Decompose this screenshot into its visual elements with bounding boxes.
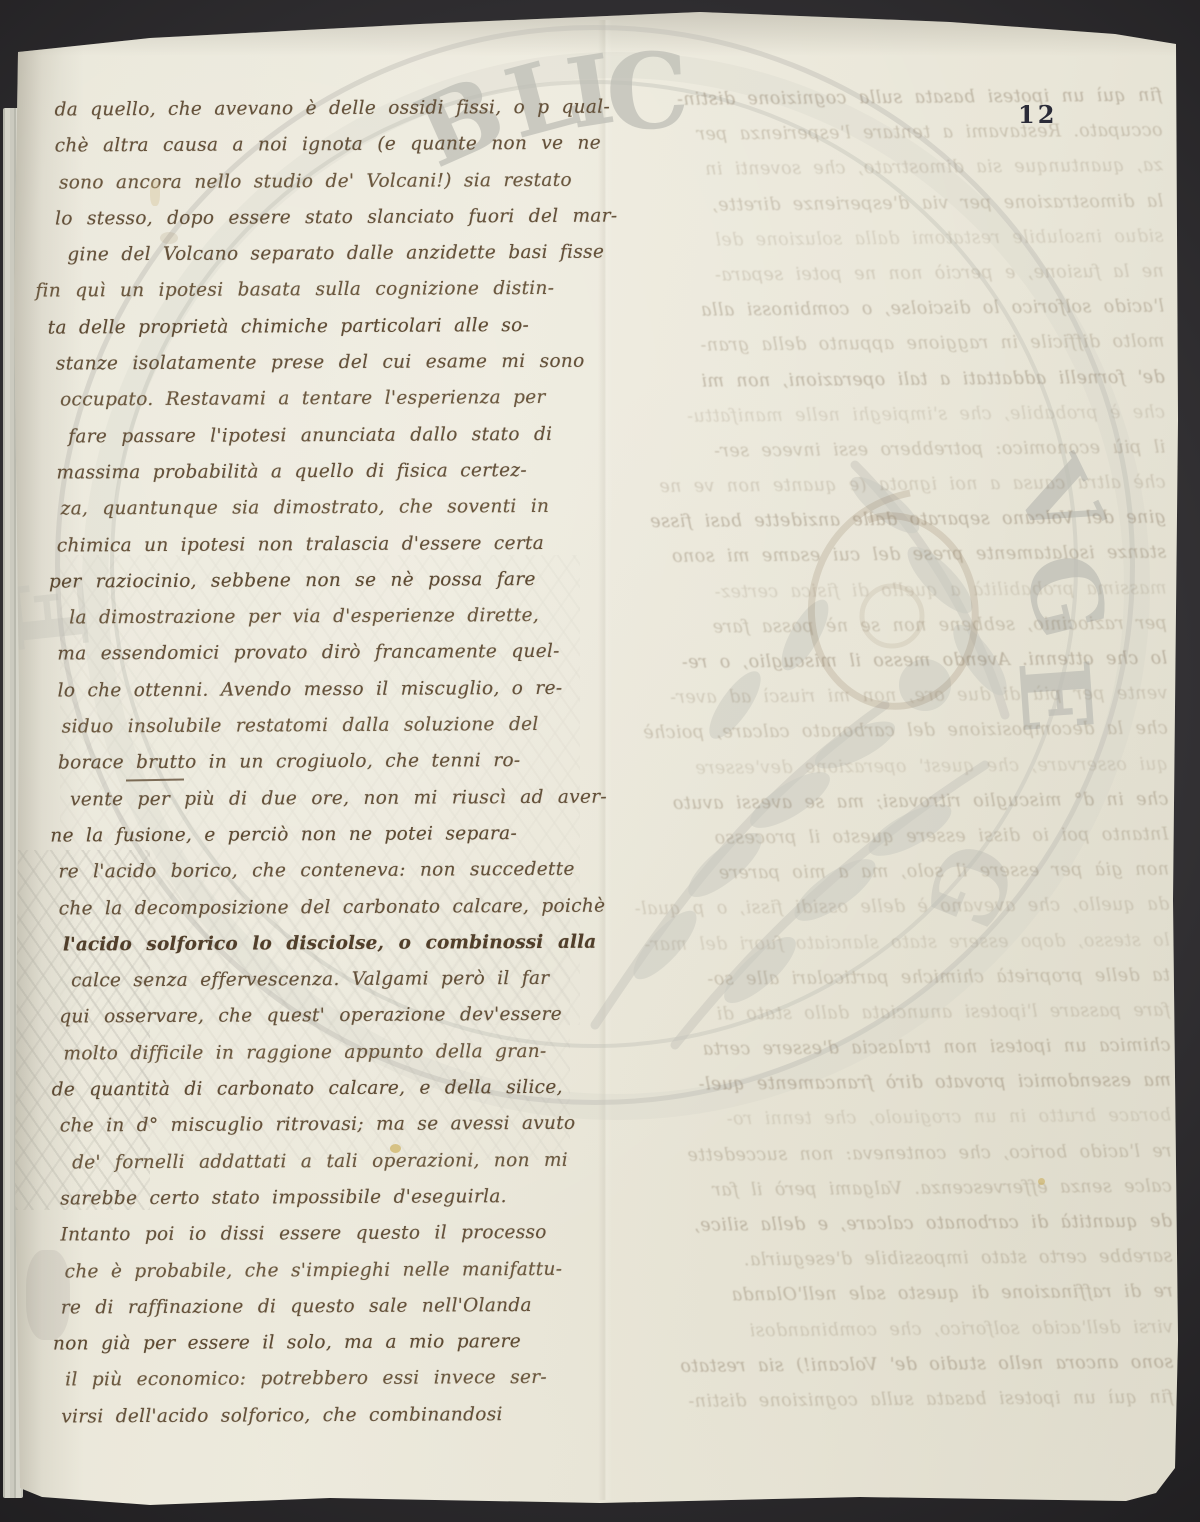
foxing-stain [1038,1178,1045,1185]
text-line: gine del Volcano separato dalle anzidett… [67,242,615,281]
bleedthrough-line: non già per essere il solo, ma a mio par… [617,860,1169,900]
smudge-mark [26,1250,70,1340]
text-line: per raziocinio, sebbene non se nè possa … [49,568,617,607]
text-line: chè altra causa a noi ignota (e quante n… [55,133,615,172]
bleedthrough-line: da quello, che avevano è delle ossidi fi… [627,895,1169,935]
bleedthrough-line: re l'acido borico, che conteneva: non su… [619,1141,1171,1181]
text-line: il più economico: potrebbero essi invece… [65,1367,621,1406]
text-line: qui osservare, che quest' operazione dev… [59,1004,619,1043]
photo-background: B L I C V G E G E [0,0,1200,1522]
bleedthrough-line: ma essendomici provato dirò francamente … [619,1071,1171,1111]
foxing-stain [160,232,178,244]
text-line: za, quantunque sia dimostrato, che soven… [61,496,617,535]
text-line: non già per essere il solo, ma a mio par… [53,1331,621,1370]
bleedthrough-line: molto difficile in raggione appunto dell… [612,332,1164,372]
bleedthrough-line: calce senza effervescenza. Valgami però … [620,1176,1172,1216]
text-line: re di raffinazione di questo sale nell'O… [61,1294,621,1333]
text-line: che è probabile, che s'impieghi nelle ma… [65,1258,621,1297]
bleedthrough-line: fin quì un ipotesi basata sulla cognizio… [622,1388,1174,1428]
text-line: virsi dell'acido solforico, che combinan… [61,1403,621,1442]
text-line: l'acido solforico lo disciolse, o combin… [63,931,619,970]
bleedthrough-line: chimica un ipotesi non tralascia d'esser… [612,1036,1170,1076]
text-line: re l'acido borico, che conteneva: non su… [58,859,618,898]
bleedthrough-line: che in d° miscuglio ritrovasi; ma se ave… [610,789,1168,829]
page-number: 12 [1018,100,1057,129]
bleedthrough-line: che è probabile, che s'impieghi nelle ma… [635,402,1165,442]
text-line: vente per più di due ore, non mi riuscì … [70,786,618,825]
foxing-stain [390,1144,401,1153]
bleedthrough-line: la dimostrazione per via d'esperienze di… [611,191,1163,231]
text-line: ma essendomici provato dirò francamente … [57,641,617,680]
text-line: chimica un ipotesi non tralascia d'esser… [57,532,617,571]
bleedthrough-line: virsi dell'acido solforico, che combinan… [631,1317,1173,1357]
text-line: che la decomposizione del carbonato calc… [59,895,619,934]
text-line: stanze isolatamente prese del cui esame … [56,351,616,390]
text-line: sarebbe certo stato impossibile d'esegui… [60,1185,620,1224]
text-line: fin quì un ipotesi basata sulla cognizio… [35,278,615,317]
text-line: occupato. Restavami a tentare l'esperien… [60,387,616,426]
text-line: calce senza effervescenza. Valgami però … [71,968,619,1007]
text-line: la dimostrazione per via d'esperienze di… [69,605,617,644]
bleedthrough-line: Intanto poi io dissi essere questo il pr… [617,825,1169,865]
bleedthrough-line: siduo insolubile restatomi dalla soluzio… [633,226,1163,266]
text-line: sono ancora nello studio de' Volcani!) s… [59,169,615,208]
text-line: de quantità di carbonato calcare, e dell… [52,1077,620,1116]
bleedthrough-line: za, quantunque sia dimostrato, che soven… [621,156,1163,196]
text-line: che in d° miscuglio ritrovasi; ma se ave… [60,1113,620,1152]
foxing-stain [150,180,160,206]
text-line: Intanto poi io dissi essere questo il pr… [60,1222,620,1261]
bleedthrough-line: fare passare l'ipotesi anunciata dallo s… [628,1000,1170,1040]
text-line: fare passare l'ipotesi anunciata dallo s… [68,423,616,462]
manuscript-text: da quello, che avevano è delle ossidi fi… [54,97,621,1443]
text-line: borace brutto in un crogiuolo, che tenni… [58,750,618,789]
text-line: ne la fusione, e perciò non ne potei sep… [50,822,618,861]
bleedthrough-line: de quantità di carbonato calcare, e dell… [630,1212,1172,1252]
manuscript-page: B L I C V G E G E [0,0,1200,1522]
text-line: lo che ottenni. Avendo messo il miscugli… [58,677,618,716]
text-line: ta delle proprietà chimiche particolari … [48,314,616,353]
bleedthrough-line: re di raffinazione di questo sale nell'O… [615,1282,1173,1322]
bleedthrough-line: sarebbe certo stato impossibile d'esegui… [620,1247,1172,1287]
bleedthrough-line: sono ancora nello studio de' Volcani!) s… [621,1352,1173,1392]
bleedthrough-line: l'acido solforico lo disciolse, o combin… [606,297,1164,337]
text-line: lo stesso, dopo essere stato slanciato f… [55,205,615,244]
text-line: molto difficile in raggione appunto dell… [63,1040,619,1079]
text-line: siduo insolubile restatomi dalla soluzio… [62,714,618,753]
bleedthrough-line: borace brutto in un crogiuolo, che tenni… [641,1106,1171,1146]
bleedthrough-line: ta delle proprietà chimiche particolari … [618,965,1170,1005]
text-line: massima probabilità a quello di fisica c… [56,460,616,499]
text-line: da quello, che avevano è delle ossidi fi… [54,97,614,136]
bleedthrough-line: de' fornelli addattati a tali operazioni… [623,367,1165,407]
text-line: de' fornelli addattati a tali operazioni… [72,1149,620,1188]
bleedthrough-line: lo stesso, dopo essere stato slanciato f… [640,930,1170,970]
bleedthrough-line: fin quì un ipotesi basata sulla cognizio… [610,86,1162,126]
bleedthrough-line: occupato. Restavami a tentare l'esperien… [610,121,1162,161]
ink-flourish-bleedthrough [740,468,1040,788]
bleedthrough-line: ne la fusione, e perciò non ne potei sep… [622,262,1164,302]
